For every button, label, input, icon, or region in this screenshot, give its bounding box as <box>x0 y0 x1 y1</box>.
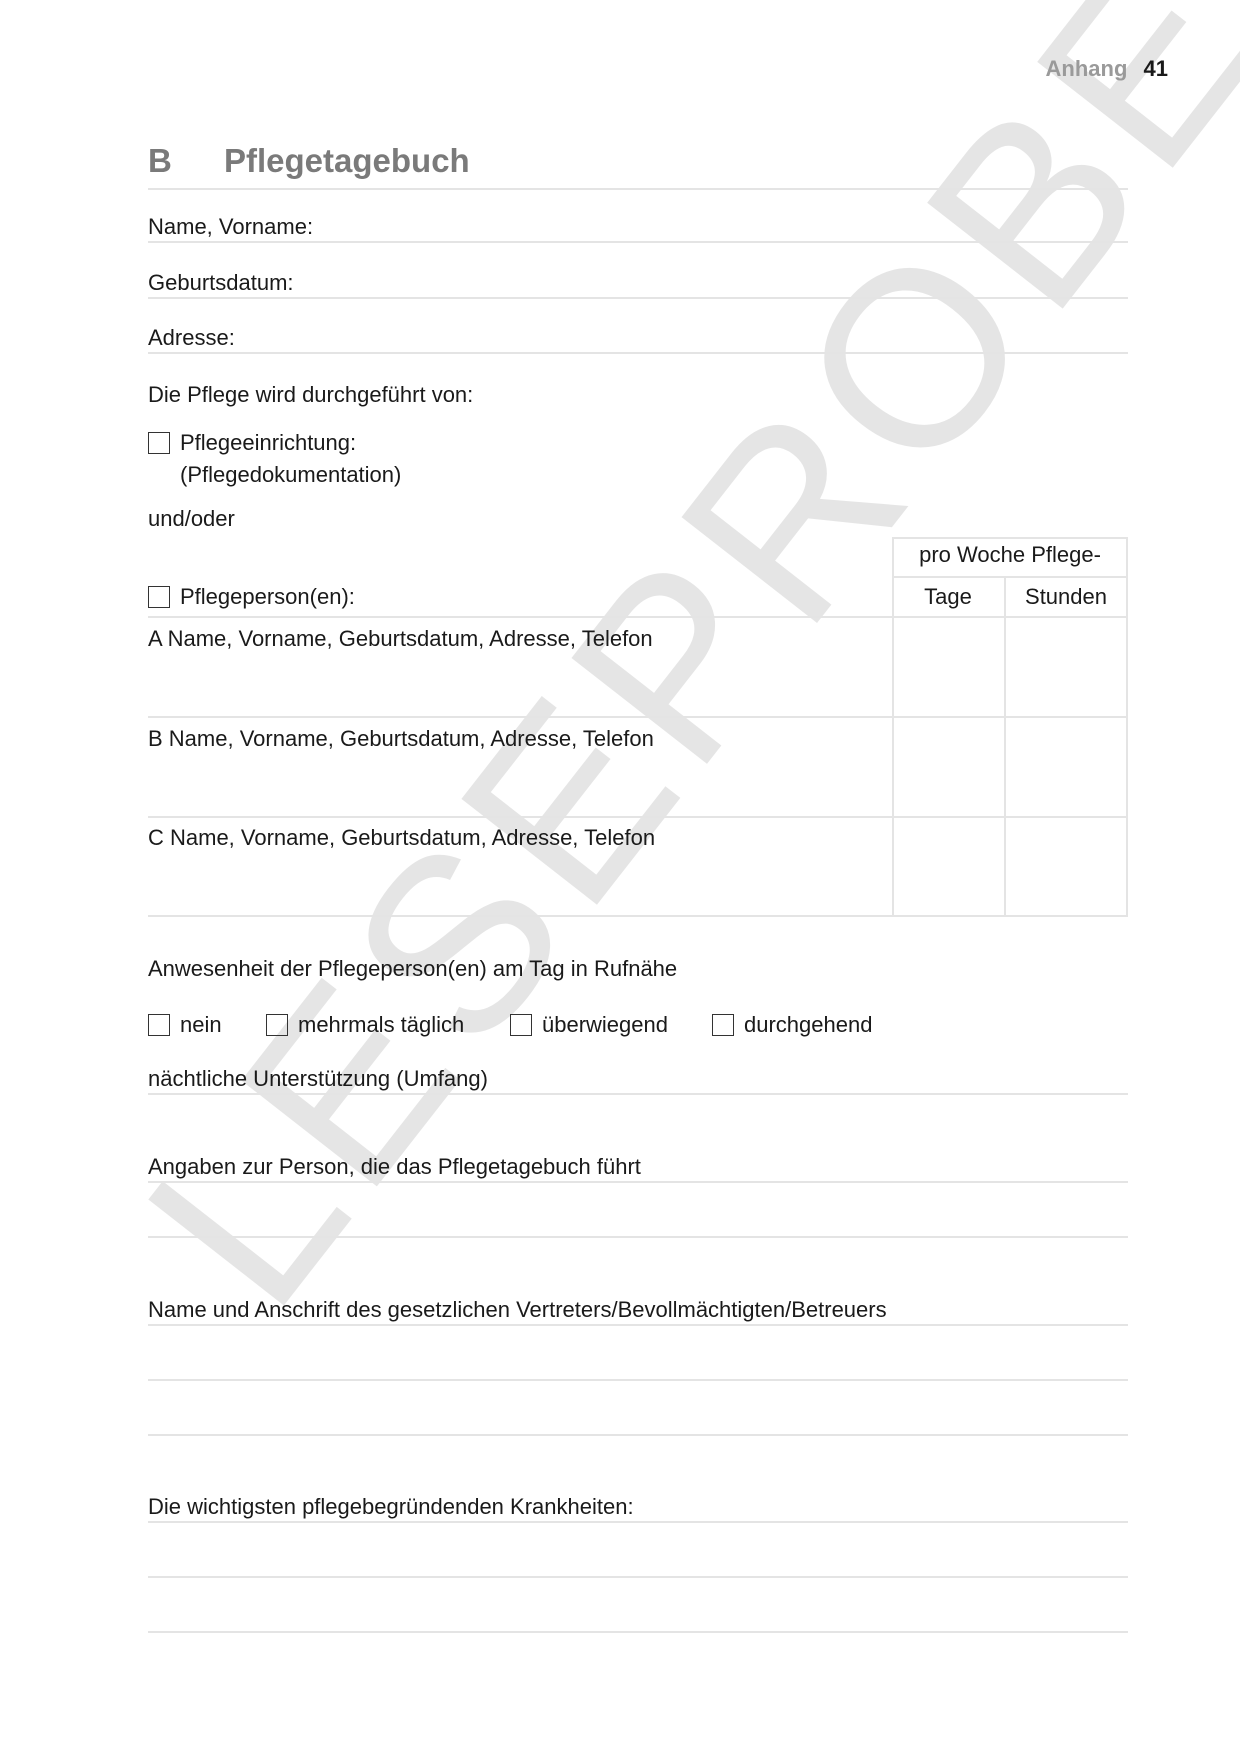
diseases-line[interactable] <box>148 1576 1128 1578</box>
title-text: Pflegetagebuch <box>224 142 470 179</box>
name-field-label: Name, Vorname: <box>148 214 313 240</box>
option-label: nein <box>180 1012 222 1037</box>
row-line <box>148 616 1128 618</box>
facility-label: Pflegeeinrichtung: <box>180 430 356 455</box>
option-label: mehrmals täglich <box>298 1012 464 1037</box>
title-letter: B <box>148 142 224 180</box>
checkbox[interactable] <box>712 1014 734 1036</box>
presence-option-nein[interactable]: nein <box>148 1012 222 1038</box>
page-title: BPflegetagebuch <box>148 142 1128 190</box>
page-header: Anhang 41 <box>1046 56 1169 82</box>
birthdate-field-line[interactable] <box>148 297 1128 299</box>
persons-label: Pflegeperson(en): <box>180 584 355 609</box>
address-field-label: Adresse: <box>148 325 235 351</box>
representative-line[interactable] <box>148 1434 1128 1436</box>
persons-checkbox[interactable] <box>148 586 170 608</box>
diseases-line[interactable] <box>148 1631 1128 1633</box>
table-row-b-label: B Name, Vorname, Geburtsdatum, Adresse, … <box>148 726 654 752</box>
diseases-line[interactable] <box>148 1521 1128 1523</box>
option-label: überwiegend <box>542 1012 668 1037</box>
representative-line[interactable] <box>148 1379 1128 1381</box>
facility-checkbox[interactable] <box>148 432 170 454</box>
page-number: 41 <box>1144 56 1168 81</box>
presence-option-ueberwiegend[interactable]: überwiegend <box>510 1012 668 1038</box>
checkbox[interactable] <box>148 1014 170 1036</box>
section-name: Anhang <box>1046 56 1128 81</box>
row-line <box>148 915 1128 917</box>
diary-keeper-label: Angaben zur Person, die das Pflegetagebu… <box>148 1154 641 1180</box>
name-field-line[interactable] <box>148 241 1128 243</box>
address-field-line[interactable] <box>148 352 1128 354</box>
facility-option[interactable]: Pflegeeinrichtung: <box>148 430 356 456</box>
table-col-divider <box>1004 576 1006 917</box>
row-line <box>148 716 1128 718</box>
representative-line[interactable] <box>148 1324 1128 1326</box>
col-hours-header: Stunden <box>1004 584 1128 610</box>
birthdate-field-label: Geburtsdatum: <box>148 270 294 296</box>
table-col-divider <box>892 537 894 917</box>
checkbox[interactable] <box>510 1014 532 1036</box>
facility-sublabel: (Pflegedokumentation) <box>180 462 401 488</box>
night-support-line[interactable] <box>148 1093 1128 1095</box>
table-row-a-label: A Name, Vorname, Geburtsdatum, Adresse, … <box>148 626 653 652</box>
and-or-label: und/oder <box>148 506 235 532</box>
diary-keeper-line[interactable] <box>148 1181 1128 1183</box>
presence-option-durchgehend[interactable]: durchgehend <box>712 1012 872 1038</box>
persons-option[interactable]: Pflegeperson(en): <box>148 584 355 610</box>
presence-option-mehrmals[interactable]: mehrmals täglich <box>266 1012 464 1038</box>
table-col-divider <box>1126 537 1128 917</box>
row-line <box>148 816 1128 818</box>
care-by-label: Die Pflege wird durchgeführt von: <box>148 382 473 408</box>
col-days-header: Tage <box>892 584 1004 610</box>
representative-label: Name und Anschrift des gesetzlichen Vert… <box>148 1297 887 1323</box>
diseases-label: Die wichtigsten pflegebegründenden Krank… <box>148 1494 634 1520</box>
diary-keeper-line[interactable] <box>148 1236 1128 1238</box>
checkbox[interactable] <box>266 1014 288 1036</box>
table-row-c-label: C Name, Vorname, Geburtsdatum, Adresse, … <box>148 825 655 851</box>
table-subheader-line <box>892 576 1128 578</box>
night-support-label: nächtliche Unterstützung (Umfang) <box>148 1066 488 1092</box>
presence-label: Anwesenheit der Pflegeperson(en) am Tag … <box>148 956 677 982</box>
table-top-line <box>892 537 1128 539</box>
option-label: durchgehend <box>744 1012 872 1037</box>
table-header-group: pro Woche Pflege- <box>892 542 1128 568</box>
